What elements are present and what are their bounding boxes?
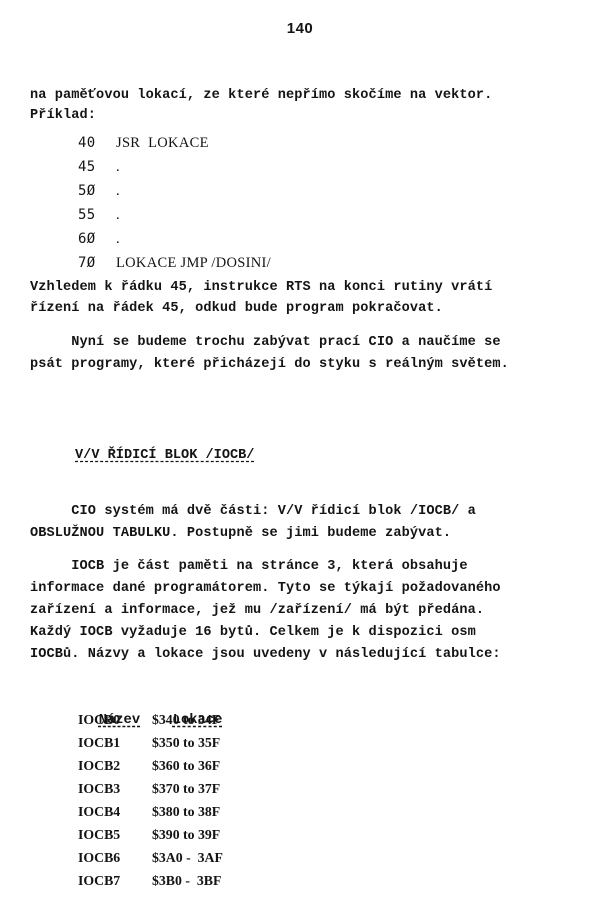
iocb-location: $340 to 34F xyxy=(152,709,220,731)
table-row: IOCB0$340 to 34F xyxy=(78,709,220,731)
code-text: LOKACE JMP /DOSINI/ xyxy=(116,255,271,271)
paragraph-line: IOCB je část paměti na stránce 3, která … xyxy=(30,556,468,578)
iocb-location: $3A0 - 3AF xyxy=(152,847,223,869)
paragraph-line: IOCBů. Názvy a lokace jsou uvedeny v nás… xyxy=(30,644,501,666)
line-number: 40 xyxy=(78,132,116,154)
line-number: 55 xyxy=(78,204,116,226)
line-number: 6Ø xyxy=(78,228,116,250)
paragraph-line: Každý IOCB vyžaduje 16 bytů. Celkem je k… xyxy=(30,622,476,644)
code-line: 40JSR LOKACE xyxy=(78,132,209,154)
table-row: IOCB1$350 to 35F xyxy=(78,732,220,754)
page-number: 140 xyxy=(0,20,600,37)
iocb-name: IOCB0 xyxy=(78,709,152,731)
code-line: 55. xyxy=(78,204,120,226)
code-text: . xyxy=(116,183,120,199)
table-row: IOCB7$3B0 - 3BF xyxy=(78,870,221,892)
table-row: IOCB4$380 to 38F xyxy=(78,801,220,823)
iocb-name: IOCB4 xyxy=(78,801,152,823)
paragraph-line: informace dané programátorem. Tyto se tý… xyxy=(30,578,501,600)
paragraph-line: OBSLUŽNOU TABULKU. Postupně se jimi bude… xyxy=(30,523,451,545)
code-line: 6Ø. xyxy=(78,228,120,250)
section-heading: V/V ŘÍDICÍ BLOK /IOCB/ xyxy=(75,448,254,463)
code-line: 5Ø. xyxy=(78,180,120,202)
iocb-name: IOCB1 xyxy=(78,732,152,754)
code-text: . xyxy=(116,231,120,247)
iocb-location: $390 to 39F xyxy=(152,824,220,846)
iocb-name: IOCB7 xyxy=(78,870,152,892)
line-number: 45 xyxy=(78,156,116,178)
iocb-name: IOCB5 xyxy=(78,824,152,846)
code-text: JSR LOKACE xyxy=(116,135,209,151)
iocb-name: IOCB3 xyxy=(78,778,152,800)
table-row: IOCB2$360 to 36F xyxy=(78,755,220,777)
example-label: Příklad: xyxy=(30,105,96,127)
paragraph-line: Vzhledem k řádku 45, instrukce RTS na ko… xyxy=(30,277,492,299)
iocb-location: $350 to 35F xyxy=(152,732,220,754)
code-line: 45. xyxy=(78,156,120,178)
line-number: 5Ø xyxy=(78,180,116,202)
iocb-name: IOCB2 xyxy=(78,755,152,777)
iocb-location: $3B0 - 3BF xyxy=(152,870,221,892)
table-row: IOCB5$390 to 39F xyxy=(78,824,220,846)
paragraph-line: Nyní se budeme trochu zabývat prací CIO … xyxy=(30,332,501,354)
iocb-location: $360 to 36F xyxy=(152,755,220,777)
paragraph-line: psát programy, které přicházejí do styku… xyxy=(30,354,509,376)
iocb-location: $380 to 38F xyxy=(152,801,220,823)
intro-line: na paměťovou lokací, ze které nepřímo sk… xyxy=(30,85,492,107)
paragraph-line: řízení na řádek 45, odkud bude program p… xyxy=(30,298,443,320)
line-number: 7Ø xyxy=(78,252,116,274)
iocb-location: $370 to 37F xyxy=(152,778,220,800)
iocb-name: IOCB6 xyxy=(78,847,152,869)
code-line: 7ØLOKACE JMP /DOSINI/ xyxy=(78,252,271,274)
code-text: . xyxy=(116,159,120,175)
table-row: IOCB3$370 to 37F xyxy=(78,778,220,800)
code-text: . xyxy=(116,207,120,223)
table-row: IOCB6$3A0 - 3AF xyxy=(78,847,223,869)
paragraph-line: CIO systém má dvě části: V/V řídicí blok… xyxy=(30,501,476,523)
paragraph-line: zařízení a informace, jež mu /zařízení/ … xyxy=(30,600,484,622)
